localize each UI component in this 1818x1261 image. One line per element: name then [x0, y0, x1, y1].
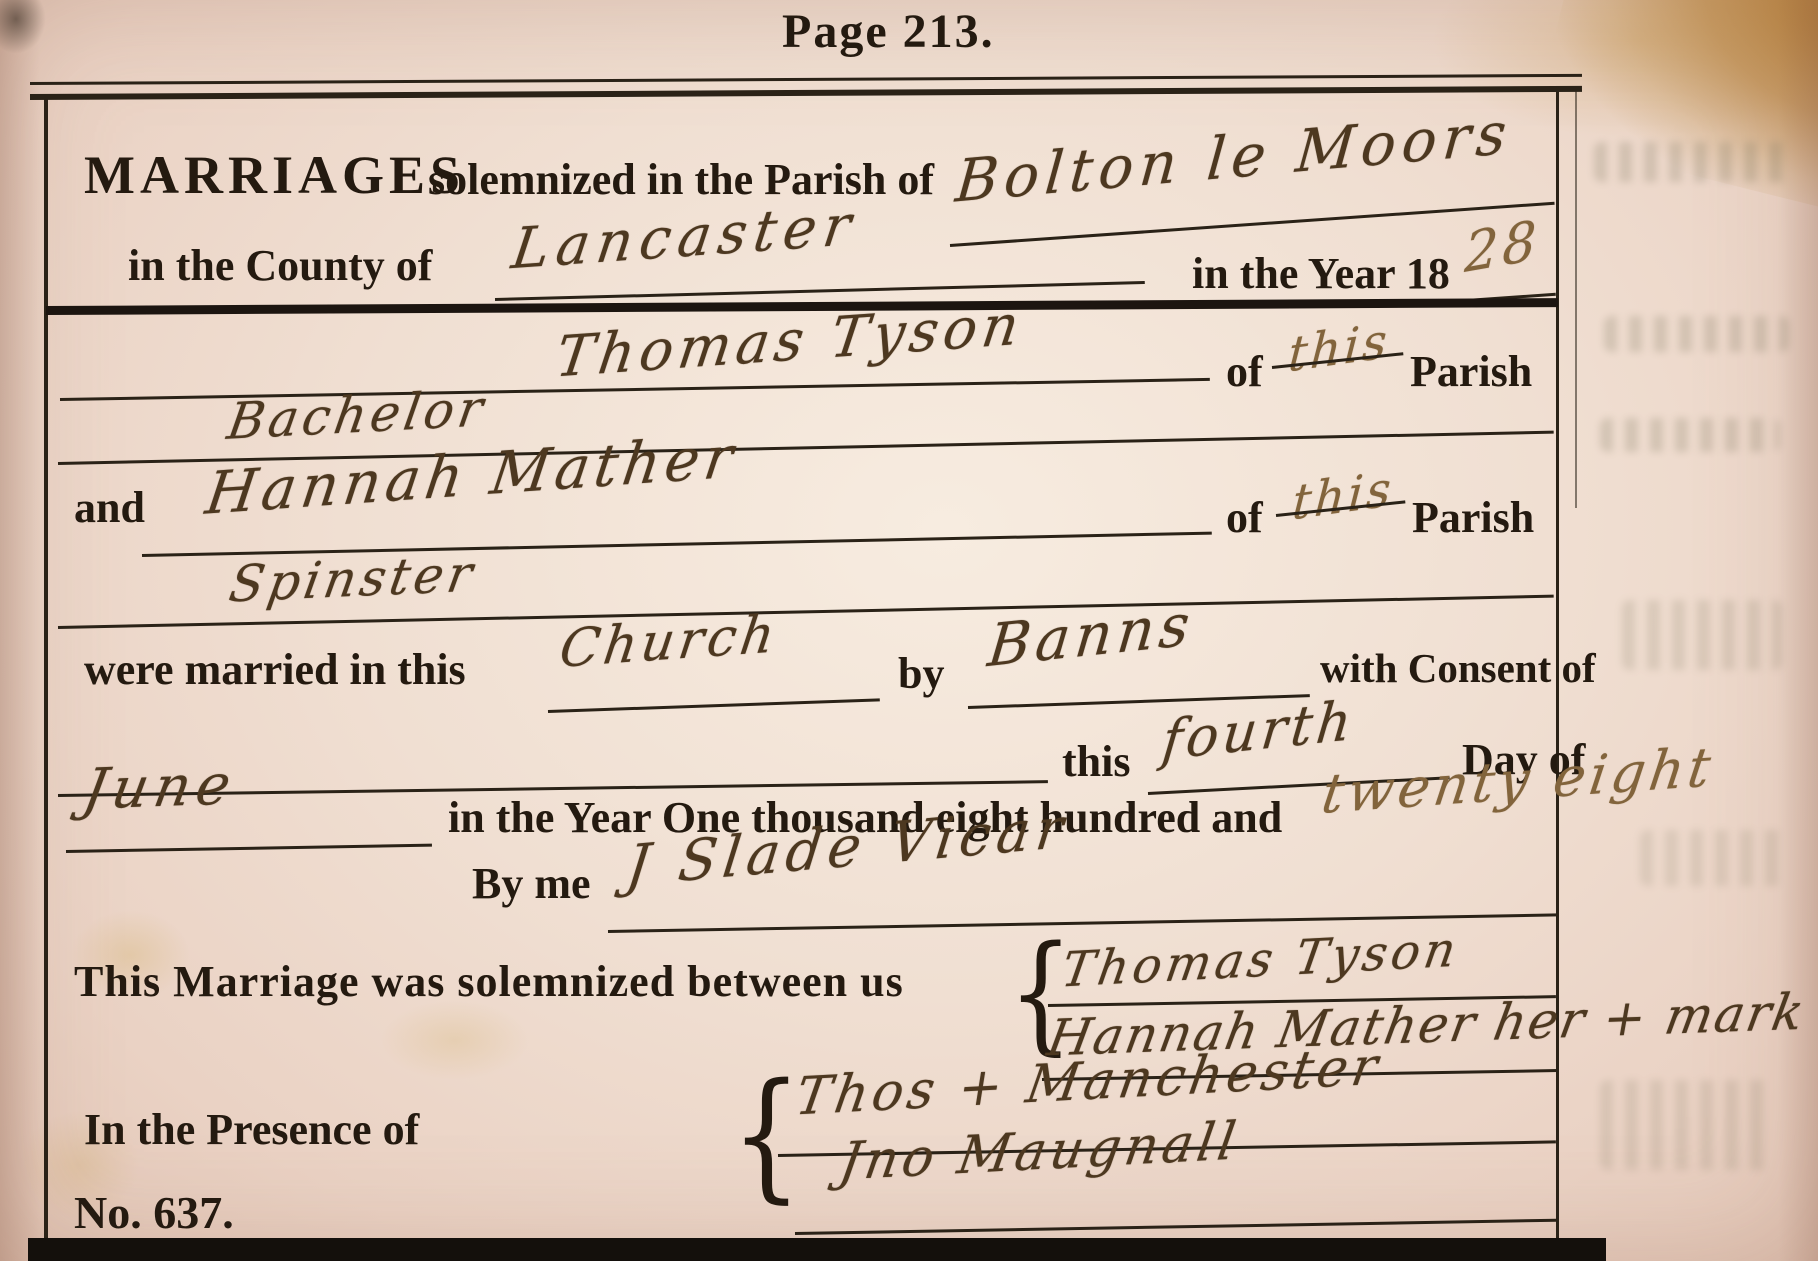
place-underline [548, 698, 880, 713]
box-border-left [44, 96, 48, 1246]
parish-name-underline [950, 202, 1555, 247]
year-handwritten: 28 [1464, 213, 1541, 281]
bride-parish-handwritten: this [1291, 464, 1396, 527]
box-border-right-outer [1575, 88, 1577, 508]
bride-of-label: of [1226, 496, 1263, 540]
bride-parish-label: Parish [1412, 496, 1534, 540]
bleed-through-ghost [1640, 830, 1790, 886]
groom-parish-label: Parish [1410, 350, 1532, 394]
right-edge-shading [1778, 0, 1818, 1261]
corner-stain [1530, 0, 1818, 236]
bleed-through-ghost [1604, 316, 1789, 352]
groom-condition-handwritten: Bachelor [224, 383, 490, 447]
register-page: Page 213. MARRIAGES solemnized in the Pa… [0, 0, 1818, 1261]
presence-label: In the Presence of [84, 1108, 419, 1152]
groom-of-label: of [1226, 350, 1263, 394]
top-left-smudge [0, 0, 46, 54]
box-border-top-thick [30, 86, 1582, 100]
groom-signature-handwritten: Thomas Tyson [1058, 925, 1463, 994]
month-underline [66, 844, 432, 853]
bleed-through-ghost [1600, 1080, 1775, 1170]
county-handwritten: Lancaster [508, 198, 861, 279]
witness2-signature-handwritten: Jno Maugnall [836, 1115, 1243, 1188]
bottom-divider-bar [28, 1238, 1606, 1261]
county-label: in the County of [128, 244, 432, 288]
entry-number: No. 637. [74, 1190, 234, 1236]
box-border-top-thin [30, 74, 1582, 85]
witness2-underline [795, 1219, 1557, 1235]
married-label: were married in this [84, 648, 466, 692]
solemnized-between-label: This Marriage was solemnized between us [74, 960, 904, 1004]
bride-condition-handwritten: Spinster [226, 548, 480, 609]
by-me-label: By me [472, 862, 591, 906]
left-edge-shading [0, 0, 40, 1261]
year-words-handwritten: twenty eight [1319, 740, 1718, 822]
this-label: this [1062, 740, 1130, 784]
witness1-signature-handwritten: Thos + Manchester [792, 1040, 1385, 1123]
page-number: Page 213. [782, 8, 995, 56]
place-handwritten: Church [557, 608, 782, 676]
witnesses-brace: { [731, 1066, 802, 1206]
bleed-through-ghost [1600, 418, 1780, 452]
header-marriages-label: MARRIAGES [84, 148, 465, 202]
groom-parish-handwritten: this [1287, 316, 1392, 379]
small-stain-2 [380, 1000, 530, 1080]
consent-label: with Consent of [1320, 648, 1596, 689]
by-label: by [898, 652, 944, 696]
bleed-through-ghost [1622, 600, 1782, 670]
and-label: and [74, 486, 145, 530]
month-handwritten: June [79, 757, 241, 819]
year-label: in the Year 18 [1192, 252, 1450, 296]
bleed-through-ghost [1594, 142, 1794, 182]
parish-name-handwritten: Bolton le Moors [953, 103, 1514, 210]
day-handwritten: fourth [1160, 693, 1358, 768]
county-underline [495, 281, 1145, 301]
